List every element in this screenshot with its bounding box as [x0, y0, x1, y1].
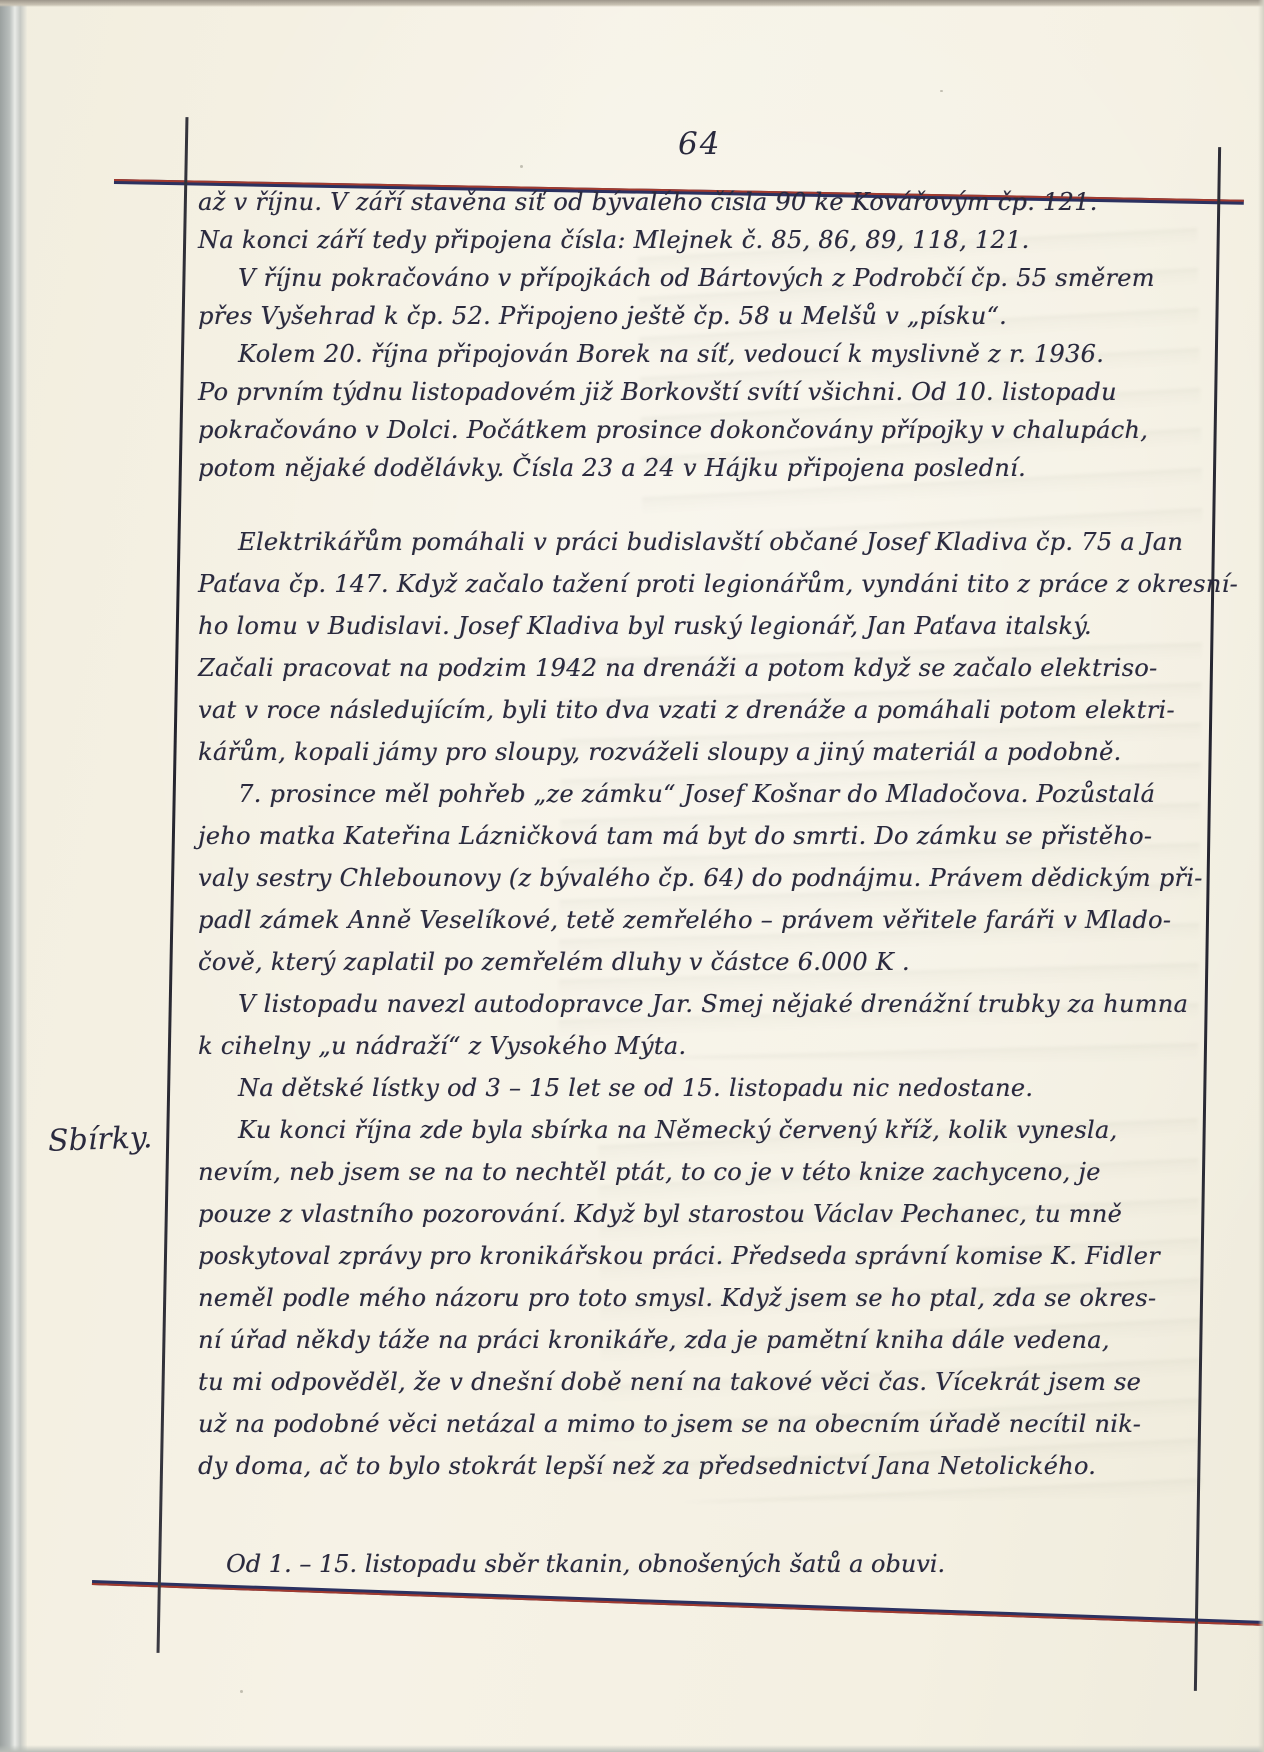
handwritten-line: přes Vyšehrad k čp. 52. Připojeno ještě …	[198, 302, 1212, 340]
handwritten-line: k cihelny „u nádraží“ z Vysokého Mýta.	[198, 1032, 1212, 1074]
handwritten-line: už na podobné věci netázal a mimo to jse…	[198, 1410, 1212, 1452]
handwritten-line: pokračováno v Dolci. Počátkem prosince d…	[198, 416, 1212, 454]
handwritten-line: pouze z vlastního pozorování. Když byl s…	[198, 1200, 1212, 1242]
handwritten-line: Paťava čp. 147. Když začalo tažení proti…	[198, 570, 1212, 612]
page-number: 64	[678, 126, 721, 162]
handwritten-line: nevím, neb jsem se na to nechtěl ptát, t…	[198, 1158, 1212, 1200]
handwritten-line: neměl podle mého názoru pro toto smysl. …	[198, 1284, 1212, 1326]
handwritten-line: Po prvním týdnu listopadovém již Borkovš…	[198, 378, 1212, 416]
handwritten-line: vat v roce následujícím, byli tito dva v…	[198, 696, 1212, 738]
bottom-ruled-line	[92, 1580, 1263, 1626]
handwritten-line: Ku konci října zde byla sbírka na Německ…	[198, 1116, 1212, 1158]
scan-edge-top	[0, 0, 1264, 7]
handwritten-line: kářům, kopali jámy pro sloupy, rozváželi…	[198, 738, 1212, 780]
handwritten-line: poskytoval zprávy pro kronikářskou práci…	[198, 1242, 1212, 1284]
handwritten-line: Na konci září tedy připojena čísla: Mlej…	[198, 226, 1212, 264]
handwritten-line: potom nějaké dodělávky. Čísla 23 a 24 v …	[198, 454, 1212, 492]
handwritten-line: Začali pracovat na podzim 1942 na drenáž…	[198, 654, 1212, 696]
scanned-chronicle-page: { "colors": { "ink": "#2a2a3e", "paper":…	[0, 0, 1264, 1752]
handwritten-line: čově, který zaplatil po zemřelém dluhy v…	[198, 948, 1212, 990]
handwritten-line: Na dětské lístky od 3 – 15 let se od 15.…	[198, 1074, 1212, 1116]
handwritten-line: V listopadu navezl autodopravce Jar. Sme…	[198, 990, 1212, 1032]
handwritten-line: Kolem 20. října připojován Borek na síť,…	[198, 340, 1212, 378]
margin-note-sbirky: Sbírky.	[47, 1120, 153, 1159]
paper-background: 64 Sbírky. až v říjnu. V září stavěna sí…	[0, 0, 1264, 1752]
handwritten-line: jeho matka Kateřina Lázničková tam má by…	[198, 822, 1212, 864]
paragraph-helpers-and-chronicle: Elektrikářům pomáhali v práci budislavšt…	[198, 528, 1212, 1494]
handwritten-line: Elektrikářům pomáhali v práci budislavšt…	[198, 528, 1212, 570]
handwritten-line: až v říjnu. V září stavěna síť od bývalé…	[198, 188, 1212, 226]
scan-edge-bottom	[0, 1745, 1264, 1752]
handwritten-line: ní úřad někdy táže na práci kronikáře, z…	[198, 1326, 1212, 1368]
handwritten-line: 7. prosince měl pohřeb „ze zámku“ Josef …	[198, 780, 1212, 822]
paper-speck	[240, 1690, 243, 1693]
handwritten-line: tu mi odpověděl, že v dnešní době není n…	[198, 1368, 1212, 1410]
footer-collection-line: Od 1. – 15. listopadu sběr tkanin, obnoš…	[226, 1550, 945, 1578]
paper-speck	[520, 165, 523, 168]
handwritten-line: valy sestry Chlebounovy (z bývalého čp. …	[198, 864, 1212, 906]
handwritten-line: ho lomu v Budislavi. Josef Kladiva byl r…	[198, 612, 1212, 654]
scan-edge-left	[0, 0, 27, 1752]
paragraph-electrification: až v říjnu. V září stavěna síť od bývalé…	[198, 188, 1212, 492]
handwritten-line: padl zámek Anně Veselíkové, tetě zemřelé…	[198, 906, 1212, 948]
left-margin-line	[157, 117, 189, 1653]
paper-speck	[940, 90, 943, 92]
scan-edge-right	[1258, 0, 1264, 1752]
handwritten-line: V říjnu pokračováno v přípojkách od Bárt…	[198, 264, 1212, 302]
handwritten-line: dy doma, ač to bylo stokrát lepší než za…	[198, 1452, 1212, 1494]
